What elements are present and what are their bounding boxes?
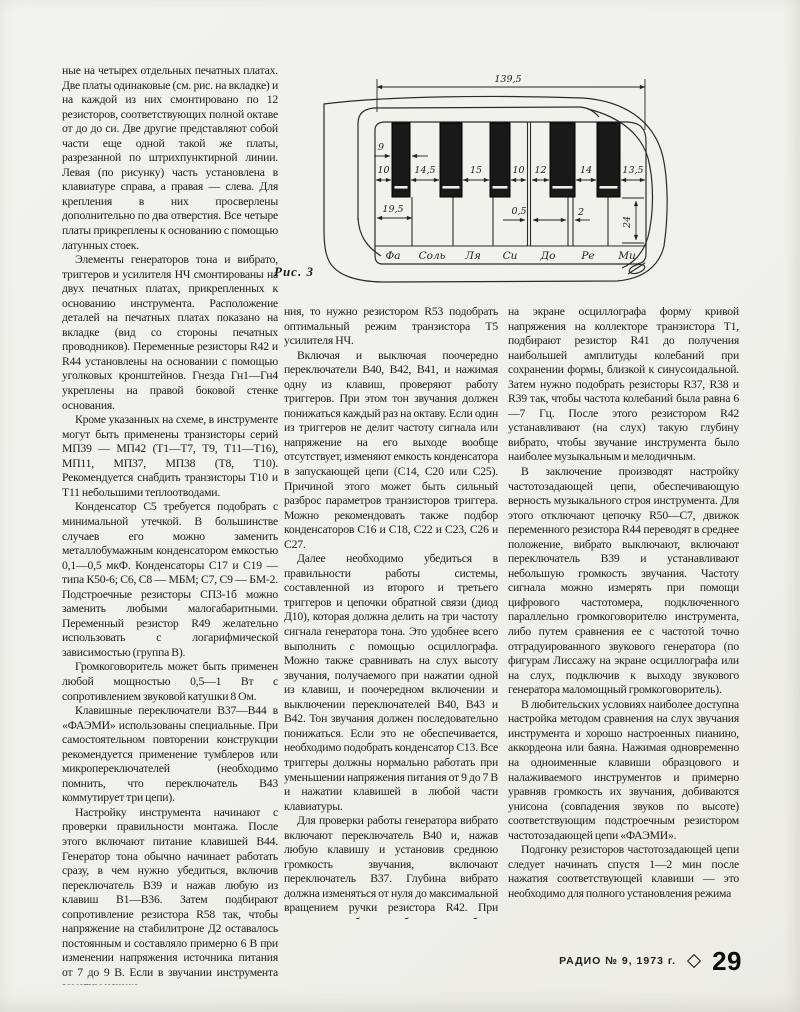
journal-issue-label: РАДИО № 9, 1973 г. bbox=[559, 955, 676, 967]
figure-3: 139,5 9 10 14,5 15 10 12 14 13,5 19,5 0,… bbox=[290, 60, 745, 292]
dimension-label: 10 bbox=[512, 165, 524, 176]
paragraph: Подгонку резисторов частотозадающей цепи… bbox=[508, 843, 739, 901]
page-footer: РАДИО № 9, 1973 г. 29 bbox=[572, 944, 742, 978]
key-label: Ре bbox=[580, 250, 594, 262]
paragraph: В заключение производят настройку частот… bbox=[508, 465, 739, 698]
paragraph: Клавишные переключатели В37—В44 в «ФАЭМИ… bbox=[62, 704, 278, 806]
key-label: Соль bbox=[419, 250, 446, 262]
paragraph: Кроме указанных на схеме, в инструменте … bbox=[62, 413, 278, 500]
paragraph: Элементы генераторов тона и вибрато, три… bbox=[62, 253, 278, 413]
key-label: Ля bbox=[464, 250, 481, 262]
dimension-label: 15 bbox=[470, 165, 482, 176]
dimension-label: 2 bbox=[577, 207, 584, 218]
paragraph: ния, то нужно резистором R53 подобрать о… bbox=[284, 305, 498, 349]
dimension-label: 24 bbox=[622, 216, 633, 229]
key-labels: Фа Соль Ля Си До Ре Ми bbox=[386, 250, 636, 262]
page-number: 29 bbox=[712, 948, 742, 974]
dimension-label: 19,5 bbox=[382, 204, 403, 215]
keyboard-diagram: 139,5 9 10 14,5 15 10 12 14 13,5 19,5 0,… bbox=[290, 60, 745, 292]
text-column-1: ные на четырех отдельных печатных платах… bbox=[62, 64, 278, 985]
key-label: Фа bbox=[386, 250, 401, 262]
dimension-label: 0,5 bbox=[511, 206, 526, 217]
paragraph: ные на четырех отдельных печатных платах… bbox=[62, 64, 278, 253]
diamond-icon bbox=[687, 954, 701, 968]
black-key-highlights bbox=[395, 186, 618, 189]
text-column-2: ния, то нужно резистором R53 подобрать о… bbox=[284, 305, 498, 919]
paragraph: Конденсатор С5 требуется подобрать с мин… bbox=[62, 500, 278, 660]
key-label: Ми bbox=[617, 250, 636, 262]
paragraph: Включая и выключая поочередно переключат… bbox=[284, 349, 498, 553]
dimension-label: 10 bbox=[377, 165, 389, 176]
key-label: До bbox=[540, 250, 556, 262]
black-keys bbox=[392, 123, 620, 197]
paragraph: Громкоговоритель может быть применен люб… bbox=[62, 660, 278, 704]
magazine-page: 139,5 9 10 14,5 15 10 12 14 13,5 19,5 0,… bbox=[0, 0, 800, 1012]
text-column-3: на экране осциллографа форму кривой напр… bbox=[508, 305, 739, 919]
paragraph: на экране осциллографа форму кривой напр… bbox=[508, 305, 739, 465]
key-label: Си bbox=[503, 250, 518, 262]
figure-caption: Рис. 3 bbox=[274, 264, 314, 280]
dimension-label: 9 bbox=[378, 142, 384, 153]
dimension-label: 13,5 bbox=[622, 165, 643, 176]
dimension-label: 14,5 bbox=[414, 165, 435, 176]
paragraph: Для проверки работы генератора вибрато в… bbox=[284, 814, 498, 919]
paragraph: В любительских условиях наиболее доступн… bbox=[508, 698, 739, 843]
dimension-label: 14 bbox=[580, 165, 592, 176]
paragraph: Настройку инструмента начинают с проверк… bbox=[62, 806, 278, 985]
dimension-label: 139,5 bbox=[494, 74, 521, 85]
dimension-label: 12 bbox=[534, 165, 546, 176]
paragraph: Далее необходимо убедиться в правильност… bbox=[284, 552, 498, 814]
